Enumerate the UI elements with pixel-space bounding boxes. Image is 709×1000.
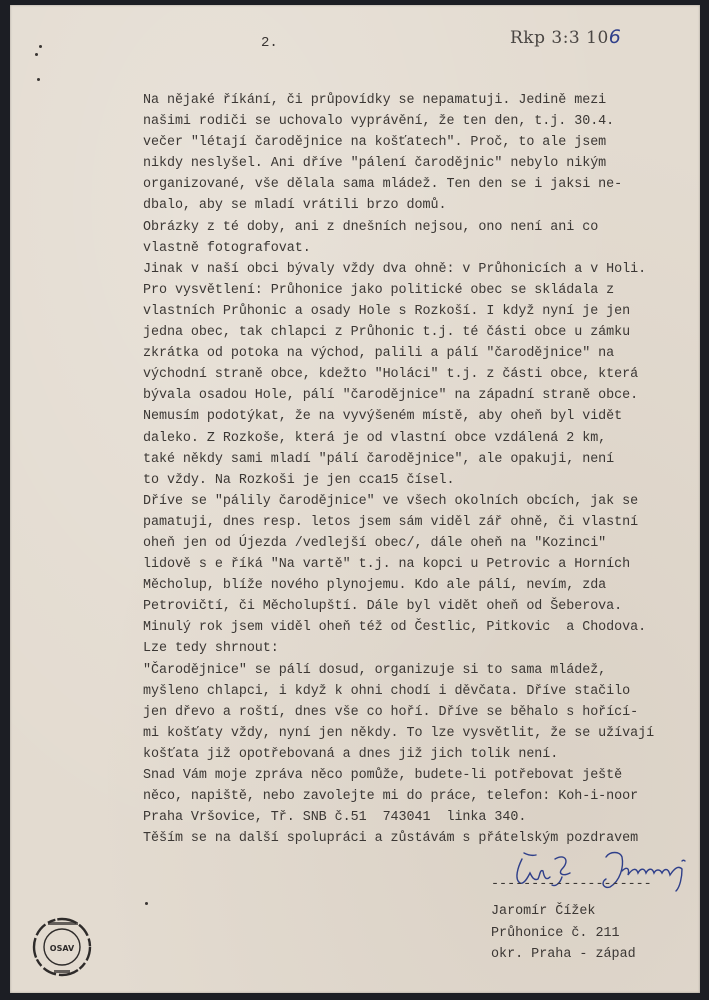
letter-line: mi košťaty vždy, nyní jen někdy. To lze …	[143, 723, 703, 744]
paper-speck	[145, 902, 148, 905]
letter-line: Praha Vršovice, Tř. SNB č.51 743041 link…	[143, 807, 703, 828]
letter-line: také někdy sami mladí "pálí čarodějnice"…	[143, 449, 703, 470]
paper-speck	[35, 53, 38, 56]
letter-line: Minulý rok jsem viděl oheň též od Čestli…	[143, 617, 703, 638]
letter-line: Dříve se "pálily čarodějnice" ve všech o…	[143, 491, 703, 512]
letter-line: Obrázky z té doby, ani z dnešních nejsou…	[143, 217, 703, 238]
letter-line: východní straně obce, kdežto "Holáci" t.…	[143, 364, 703, 385]
letter-line: bývala osadou Hole, pálí "čarodějnice" n…	[143, 385, 703, 406]
paper-speck	[37, 78, 40, 81]
archive-stamp: OSAV	[28, 915, 96, 979]
letter-line: dbalo, aby se mladí vrátili brzo domů.	[143, 195, 703, 216]
sender-block: Jaromír Čížek Průhonice č. 211 okr. Prah…	[491, 901, 636, 966]
letter-line: našimi rodiči se uchovalo vyprávění, že …	[143, 111, 703, 132]
letter-line: jedna obec, tak chlapci z Průhonic t.j. …	[143, 322, 703, 343]
letter-line: to vždy. Na Rozkoši je jen cca15 čísel.	[143, 470, 703, 491]
letter-line: Lze tedy shrnout:	[143, 638, 703, 659]
archive-reference: Rkp 3:3 106	[510, 26, 621, 48]
letter-line: vlastně fotografovat.	[143, 238, 703, 259]
archive-reference-typed: Rkp 3:3 10	[510, 28, 609, 48]
letter-line: Na nějaké říkání, či průpovídky se nepam…	[143, 90, 703, 111]
letter-line: Petrovičtí, či Měcholupští. Dále byl vid…	[143, 596, 703, 617]
letter-line: nikdy neslyšel. Ani dříve "pálení čarodě…	[143, 153, 703, 174]
letter-line: Jinak v naší obci bývaly vždy dva ohně: …	[143, 259, 703, 280]
letter-line: večer "létají čarodějnice na košťatech".…	[143, 132, 703, 153]
document-page: 2. Rkp 3:3 106 Na nějaké říkání, či průp…	[10, 5, 700, 993]
letter-line: Pro vysvětlení: Průhonice jako politické…	[143, 280, 703, 301]
page-number: 2.	[261, 35, 278, 51]
sender-name: Jaromír Čížek	[491, 901, 636, 923]
stamp-center-text: OSAV	[50, 944, 75, 953]
letter-line: myšleno chlapci, i když k ohni chodí i d…	[143, 681, 703, 702]
letter-line: Nemusím podotýkat, že na vyvýšeném místě…	[143, 406, 703, 427]
signature-line: --------------------	[491, 877, 652, 892]
letter-line: organizované, vše dělala sama mládež. Te…	[143, 174, 703, 195]
sender-address: Průhonice č. 211	[491, 923, 636, 945]
letter-line: košťata již opotřebovaná a dnes již jich…	[143, 744, 703, 765]
letter-line: "Čarodějnice" se pálí dosud, organizuje …	[143, 660, 703, 681]
letter-line: lidově s e říká "Na vartě" t.j. na kopci…	[143, 554, 703, 575]
letter-line: daleko. Z Rozkoše, která je od vlastní o…	[143, 428, 703, 449]
letter-line: Snad Vám moje zpráva něco pomůže, budete…	[143, 765, 703, 786]
sender-district: okr. Praha - západ	[491, 944, 636, 966]
letter-line: vlastních Průhonic a osady Hole s Rozkoš…	[143, 301, 703, 322]
letter-line: něco, napiště, nebo zavolejte mi do prác…	[143, 786, 703, 807]
letter-line: zkrátka od potoka na východ, palili a pá…	[143, 343, 703, 364]
letter-body: Na nějaké říkání, či průpovídky se nepam…	[143, 90, 703, 849]
letter-line: pamatuji, dnes resp. letos jsem sám vidě…	[143, 512, 703, 533]
archive-reference-handwritten: 6	[609, 26, 622, 48]
letter-line: jen dřevo a roští, dnes vše co hoří. Dří…	[143, 702, 703, 723]
letter-line: Měcholup, blíže nového plynojemu. Kdo al…	[143, 575, 703, 596]
letter-line: oheň jen od Újezda /vedlejší obec/, dále…	[143, 533, 703, 554]
paper-speck	[39, 45, 42, 48]
